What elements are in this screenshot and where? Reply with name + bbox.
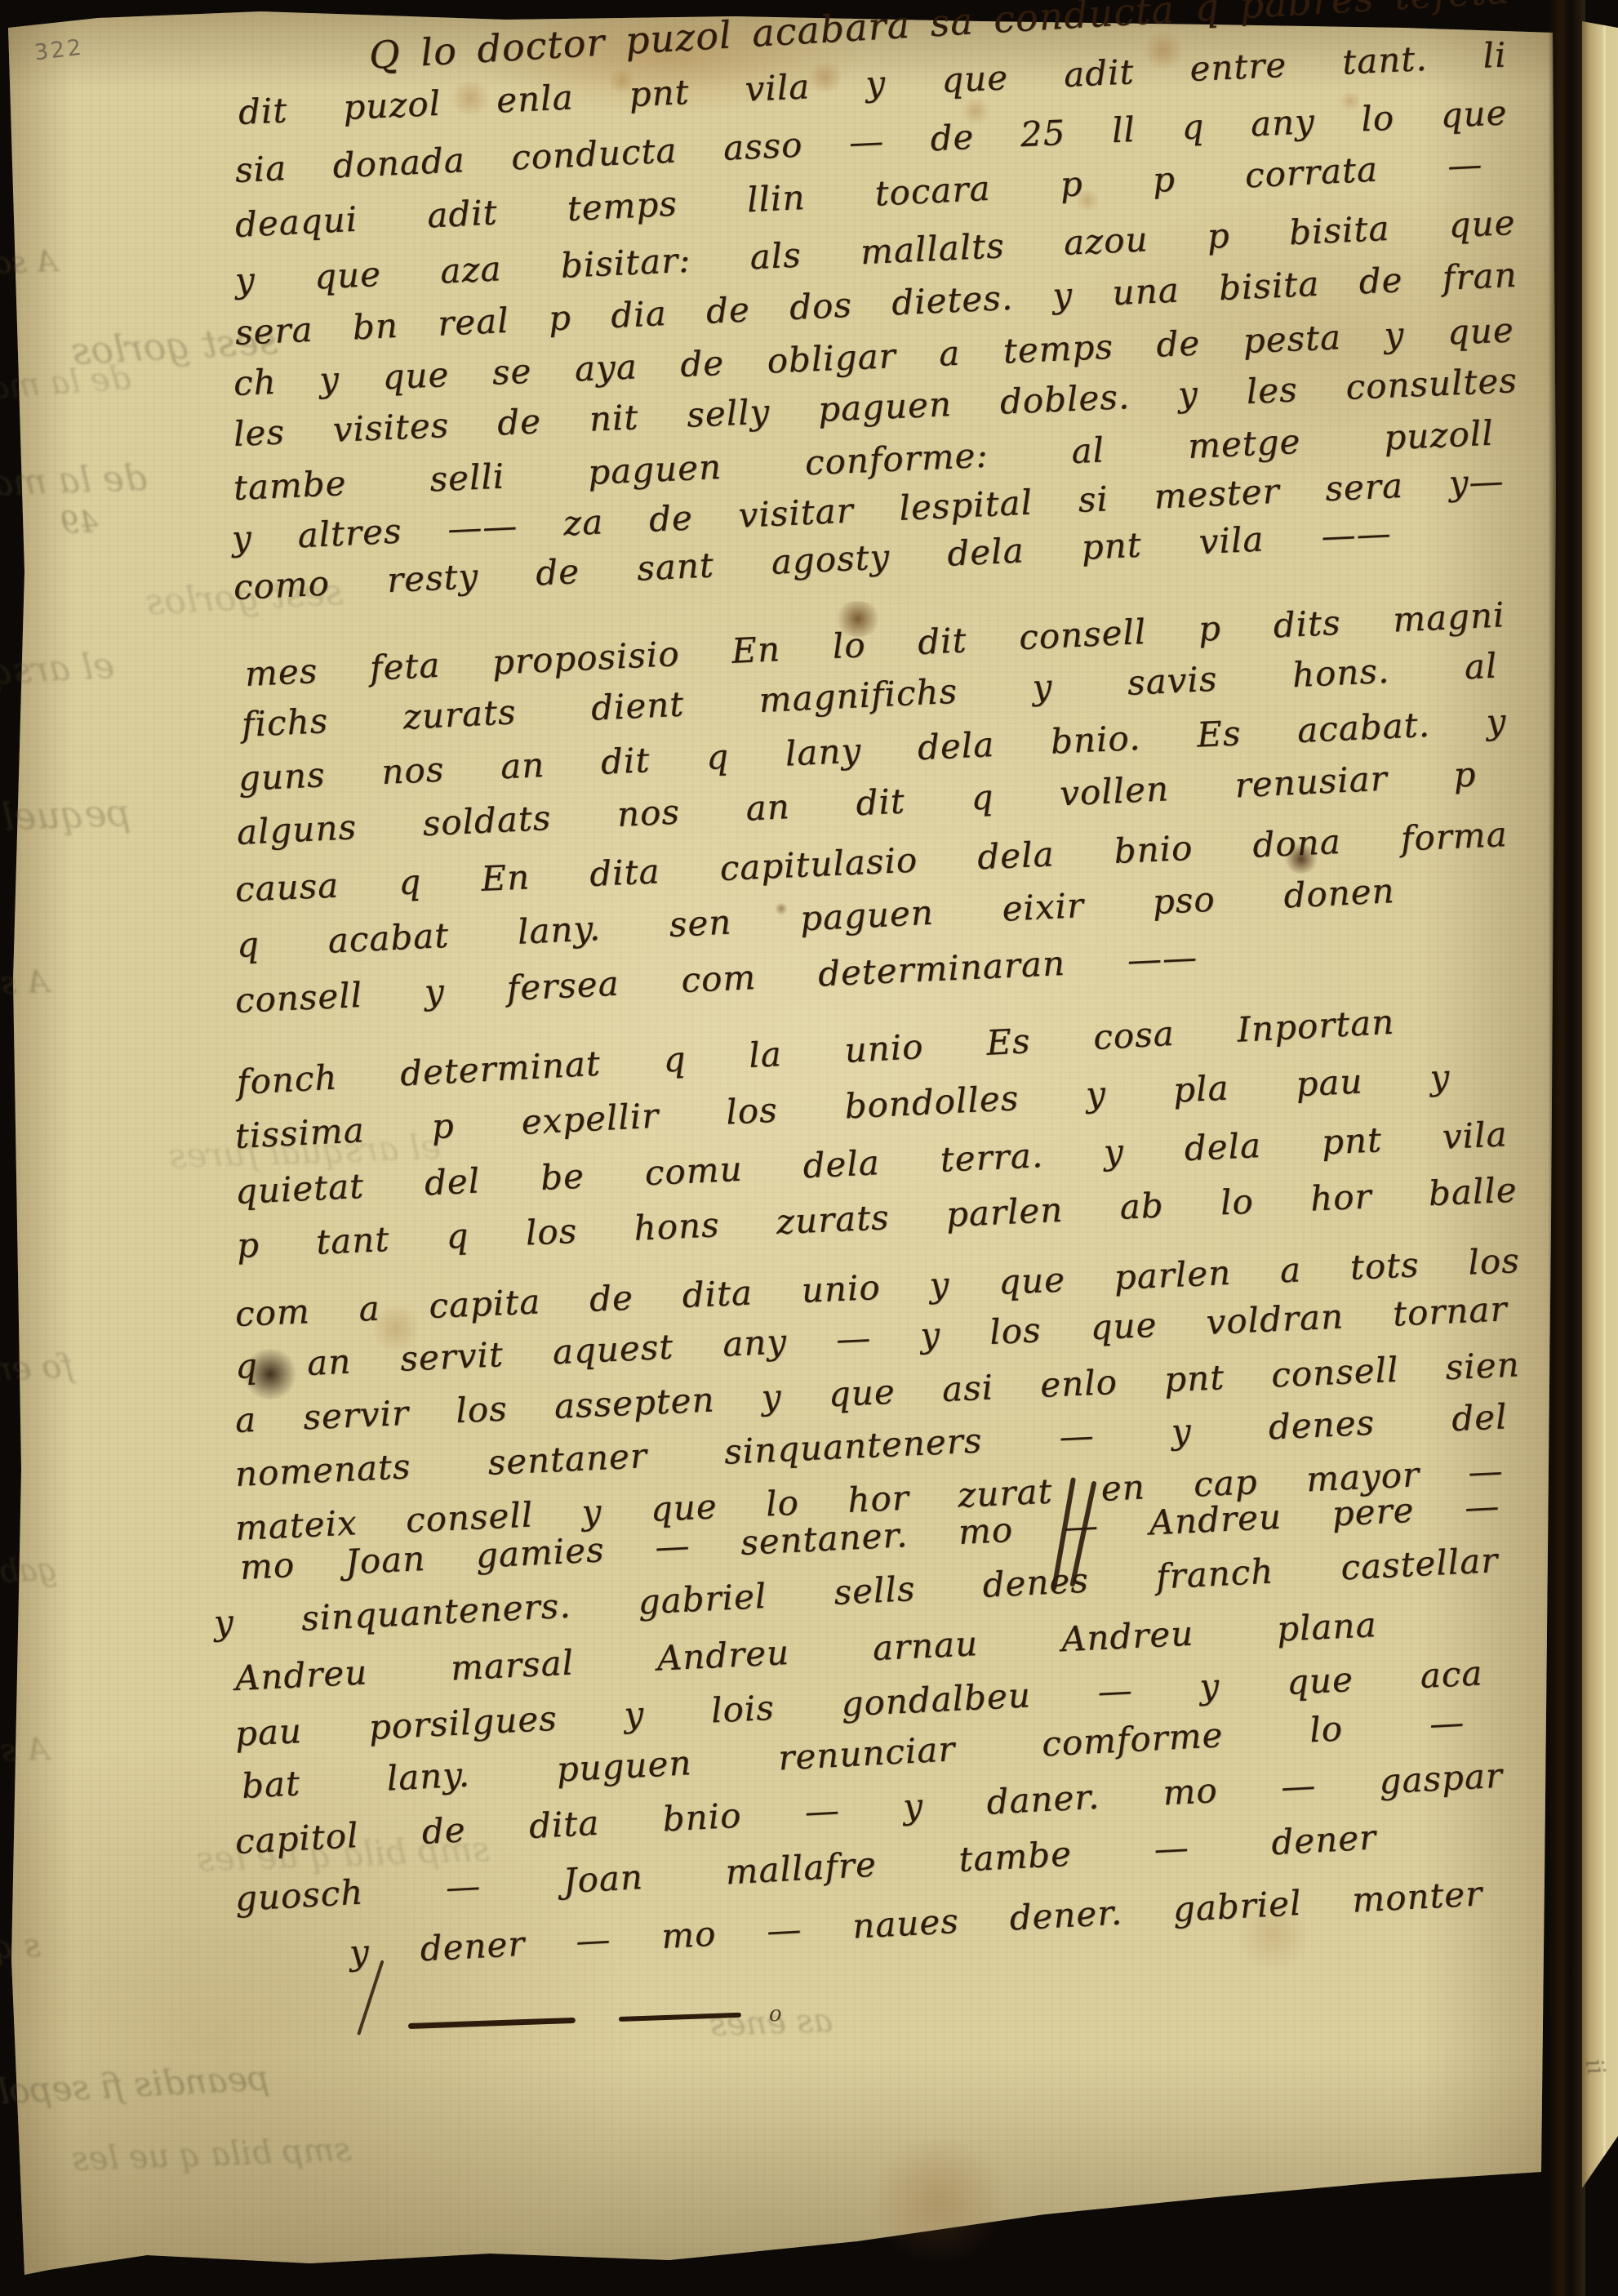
bleedthrough-line: A scon Roig xyxy=(0,245,58,285)
bleedthrough-line: fo ema xyxy=(0,1347,74,1391)
bleedthrough-line: s q alia xyxy=(0,1927,42,1969)
bleedthrough-line: A s eu xyxy=(0,1731,50,1770)
page-crease xyxy=(1603,20,1606,2191)
adjacent-page-edge: ii xyxy=(1582,20,1618,2191)
paper-stain xyxy=(865,2139,1012,2262)
closing-mark: o xyxy=(769,2002,782,2027)
bleedthrough-line: 49 xyxy=(60,506,99,541)
bleedthrough-line: pequel fel xyxy=(0,790,131,841)
manuscript-photo: 322 sest gorlos de la maypela el arsqual… xyxy=(0,0,1618,2296)
book-gutter xyxy=(1548,0,1585,2296)
bleedthrough-line: A ses fegs xyxy=(0,963,50,1005)
bleedthrough-line: gabesa de xyxy=(0,1551,58,1593)
